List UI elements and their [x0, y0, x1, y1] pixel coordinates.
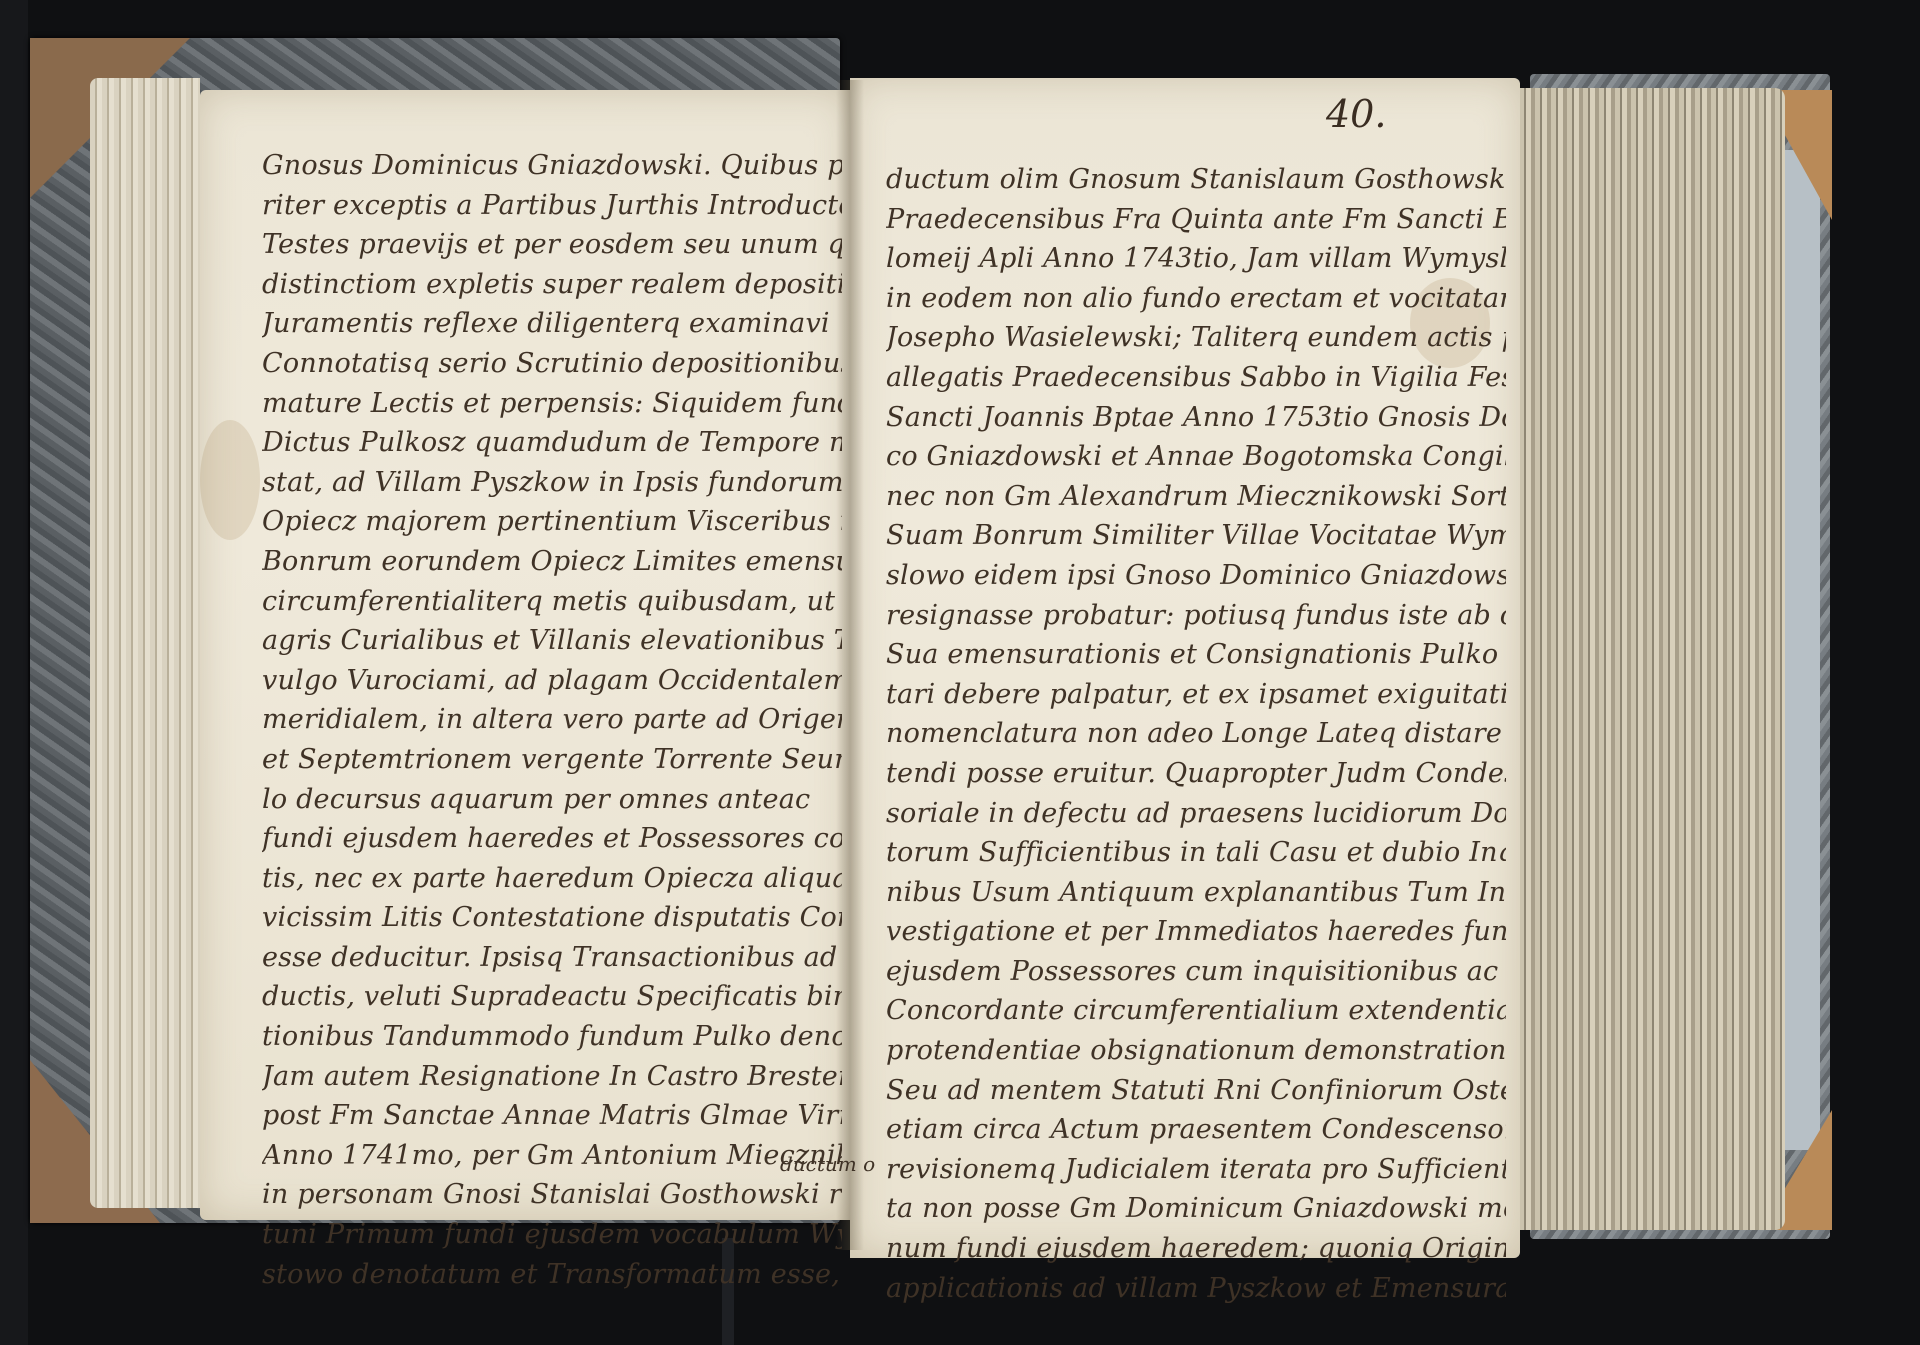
manuscript-line: ejusdem Possessores cum inquisitionibus … — [886, 952, 1506, 992]
manuscript-line: fundi ejusdem haeredes et Possessores co… — [262, 819, 842, 859]
manuscript-line: lo decursus aquarum per omnes anteac — [262, 780, 842, 820]
manuscript-line: Opiecz majorem pertinentium Visceribus i… — [262, 502, 842, 542]
manuscript-line: vicissim Litis Contestatione disputatis … — [262, 898, 842, 938]
right-endpaper — [1780, 150, 1820, 1150]
manuscript-line: Josepho Wasielewski; Taliterq eundem act… — [886, 318, 1506, 358]
manuscript-line: nec non Gm Alexandrum Miecznikowski Sort… — [886, 477, 1506, 517]
manuscript-line: nomenclatura non adeo Longe Lateq distar… — [886, 714, 1506, 754]
manuscript-line: allegatis Praedecensibus Sabbo in Vigili… — [886, 358, 1506, 398]
manuscript-line: tis, nec ex parte haeredum Opiecza aliqu… — [262, 859, 842, 899]
right-page-edges — [1515, 88, 1785, 1230]
manuscript-line: etiam circa Actum praesentem Condescenso… — [886, 1110, 1506, 1150]
water-stain — [200, 420, 260, 540]
folio-number: 40. — [1326, 92, 1386, 136]
manuscript-line: Testes praevijs et per eosdem seu unum q… — [262, 225, 842, 265]
left-page-edges — [90, 78, 200, 1208]
catchword: ductum o — [780, 1152, 875, 1176]
manuscript-line: Dictus Pulkosz quamdudum de Tempore nonu — [262, 423, 842, 463]
manuscript-line: tari debere palpatur, et ex ipsamet exig… — [886, 675, 1506, 715]
manuscript-line: stat, ad Villam Pyszkow in Ipsis fundoru… — [262, 463, 842, 503]
dark-backdrop — [0, 0, 28, 1345]
manuscript-line: tionibus Tandummodo fundum Pulko denotan — [262, 1017, 842, 1057]
manuscript-line: num fundi ejusdem haeredem; quoniq Origi… — [886, 1229, 1506, 1269]
manuscript-line: mature Lectis et perpensis: Siquidem fun… — [262, 384, 842, 424]
manuscript-line: Anno 1741mo, per Gm Antonium Mieczniko — [262, 1136, 842, 1176]
manuscript-line: Connotatisq serio Scrutinio depositionib… — [262, 344, 842, 384]
manuscript-line: Praedecensibus Fra Quinta ante Fm Sancti… — [886, 200, 1506, 240]
right-page-text: ductum olim Gnosum Stanislaum Gosthowski… — [886, 160, 1506, 1308]
manuscript-line: Suam Bonrum Similiter Villae Vocitatae W… — [886, 516, 1506, 556]
manuscript-line: esse deducitur. Ipsisq Transactionibus a… — [262, 938, 842, 978]
manuscript-line: resignasse probatur: potiusq fundus iste… — [886, 596, 1506, 636]
manuscript-line: lomeij Apli Anno 1743tio, Jam villam Wym… — [886, 239, 1506, 279]
manuscript-line: slowo eidem ipsi Gnoso Dominico Gniazdow… — [886, 556, 1506, 596]
manuscript-line: tuni Primum fundi ejusdem vocabulum Wy — [262, 1215, 842, 1255]
manuscript-line: et Septemtrionem vergente Torrente Seun — [262, 740, 842, 780]
manuscript-line: ductum olim Gnosum Stanislaum Gosthowski… — [886, 160, 1506, 200]
manuscript-line: meridialem, in altera vero parte ad Orig… — [262, 700, 842, 740]
manuscript-line: tendi posse eruitur. Quapropter Judm Con… — [886, 754, 1506, 794]
manuscript-line: Bonrum eorundem Opiecz Limites emensurat — [262, 542, 842, 582]
manuscript-line: in personam Gnosi Stanislai Gosthowski r… — [262, 1175, 842, 1215]
manuscript-line: distinctiom expletis super realem deposi… — [262, 265, 842, 305]
manuscript-line: soriale in defectu ad praesens lucidioru… — [886, 794, 1506, 834]
manuscript-line: Seu ad mentem Statuti Rni Confiniorum Os… — [886, 1071, 1506, 1111]
manuscript-line: agris Curialibus et Villanis elevationib… — [262, 621, 842, 661]
manuscript-line: torum Sufficientibus in tali Casu et dub… — [886, 833, 1506, 873]
manuscript-line: Gnosus Dominicus Gniazdowski. Quibus pro… — [262, 146, 842, 186]
manuscript-line: protendentiae obsignationum demonstratio… — [886, 1031, 1506, 1071]
manuscript-line: Juramentis reflexe diligenterq examinavi — [262, 304, 842, 344]
manuscript-line: co Gniazdowski et Annae Bogotomska Congi… — [886, 437, 1506, 477]
manuscript-line: revisionemq Judicialem iterata pro Suffi… — [886, 1150, 1506, 1190]
manuscript-line: Sua emensurationis et Consignationis Pul… — [886, 635, 1506, 675]
manuscript-line: ductis, veluti Supradeactu Specificatis … — [262, 977, 842, 1017]
manuscript-line: circumferentialiterq metis quibusdam, ut… — [262, 582, 842, 622]
manuscript-line: riter exceptis a Partibus Jurthis Introd… — [262, 186, 842, 226]
manuscript-line: in eodem non alio fundo erectam et vocit… — [886, 279, 1506, 319]
manuscript-line: Jam autem Resignatione In Castro Bresten… — [262, 1057, 842, 1097]
manuscript-line: vestigatione et per Immediatos haeredes … — [886, 912, 1506, 952]
manuscript-line: vulgo Vurociami, ad plagam Occidentalem … — [262, 661, 842, 701]
manuscript-line: ta non posse Gm Dominicum Gniazdowski mo… — [886, 1189, 1506, 1229]
manuscript-line: post Fm Sanctae Annae Matris Glmae Virni… — [262, 1096, 842, 1136]
manuscript-line: stowo denotatum et Transformatum esse, d… — [262, 1255, 842, 1295]
manuscript-line: nibus Usum Antiquum explanantibus Tum In — [886, 873, 1506, 913]
manuscript-line: Concordante circumferentialium extendent… — [886, 991, 1506, 1031]
left-page-text: Gnosus Dominicus Gniazdowski. Quibus pro… — [262, 146, 842, 1294]
manuscript-line: Sancti Joannis Bptae Anno 1753tio Gnosis… — [886, 398, 1506, 438]
manuscript-line: applicationis ad villam Pyszkow et Emens… — [886, 1269, 1506, 1309]
